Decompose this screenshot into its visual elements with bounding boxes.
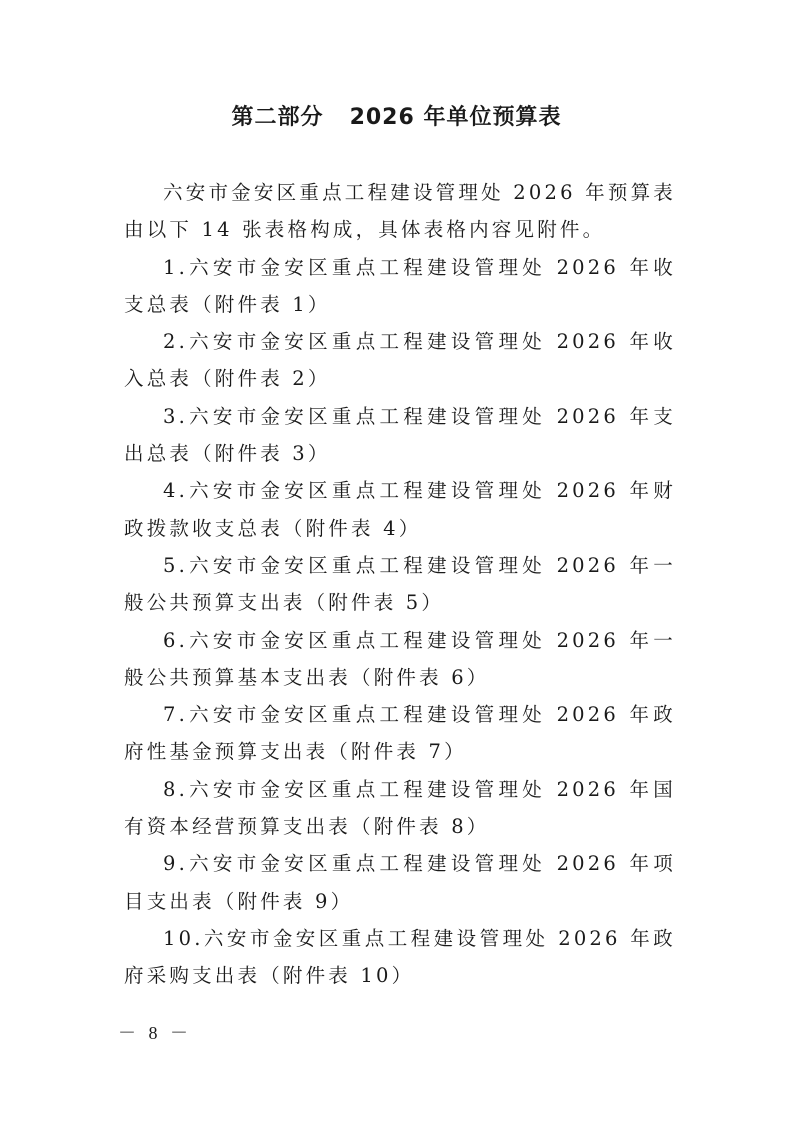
list-item: 1.六安市金安区重点工程建设管理处 2026 年收支总表（附件表 1） — [124, 249, 676, 324]
page-title: 第二部分2026 年单位预算表 — [0, 100, 793, 131]
list-item: 10.六安市金安区重点工程建设管理处 2026 年政府采购支出表（附件表 10） — [124, 920, 676, 995]
list-item: 2.六安市金安区重点工程建设管理处 2026 年收入总表（附件表 2） — [124, 323, 676, 398]
page-number: － 8 － — [118, 1019, 192, 1045]
list-item: 9.六安市金安区重点工程建设管理处 2026 年项目支出表（附件表 9） — [124, 845, 676, 920]
intro-paragraph: 六安市金安区重点工程建设管理处 2026 年预算表由以下 14 张表格构成，具体… — [124, 174, 676, 249]
title-part: 第二部分 — [232, 105, 324, 130]
list-item: 6.六安市金安区重点工程建设管理处 2026 年一般公共预算基本支出表（附件表 … — [124, 622, 676, 697]
list-item: 8.六安市金安区重点工程建设管理处 2026 年国有资本经营预算支出表（附件表 … — [124, 771, 676, 846]
document-body: 六安市金安区重点工程建设管理处 2026 年预算表由以下 14 张表格构成，具体… — [124, 174, 676, 995]
list-item: 7.六安市金安区重点工程建设管理处 2026 年政府性基金预算支出表（附件表 7… — [124, 696, 676, 771]
list-item: 3.六安市金安区重点工程建设管理处 2026 年支出总表（附件表 3） — [124, 398, 676, 473]
list-item: 5.六安市金安区重点工程建设管理处 2026 年一般公共预算支出表（附件表 5） — [124, 547, 676, 622]
title-rest: 2026 年单位预算表 — [350, 105, 562, 130]
list-item: 4.六安市金安区重点工程建设管理处 2026 年财政拨款收支总表（附件表 4） — [124, 472, 676, 547]
